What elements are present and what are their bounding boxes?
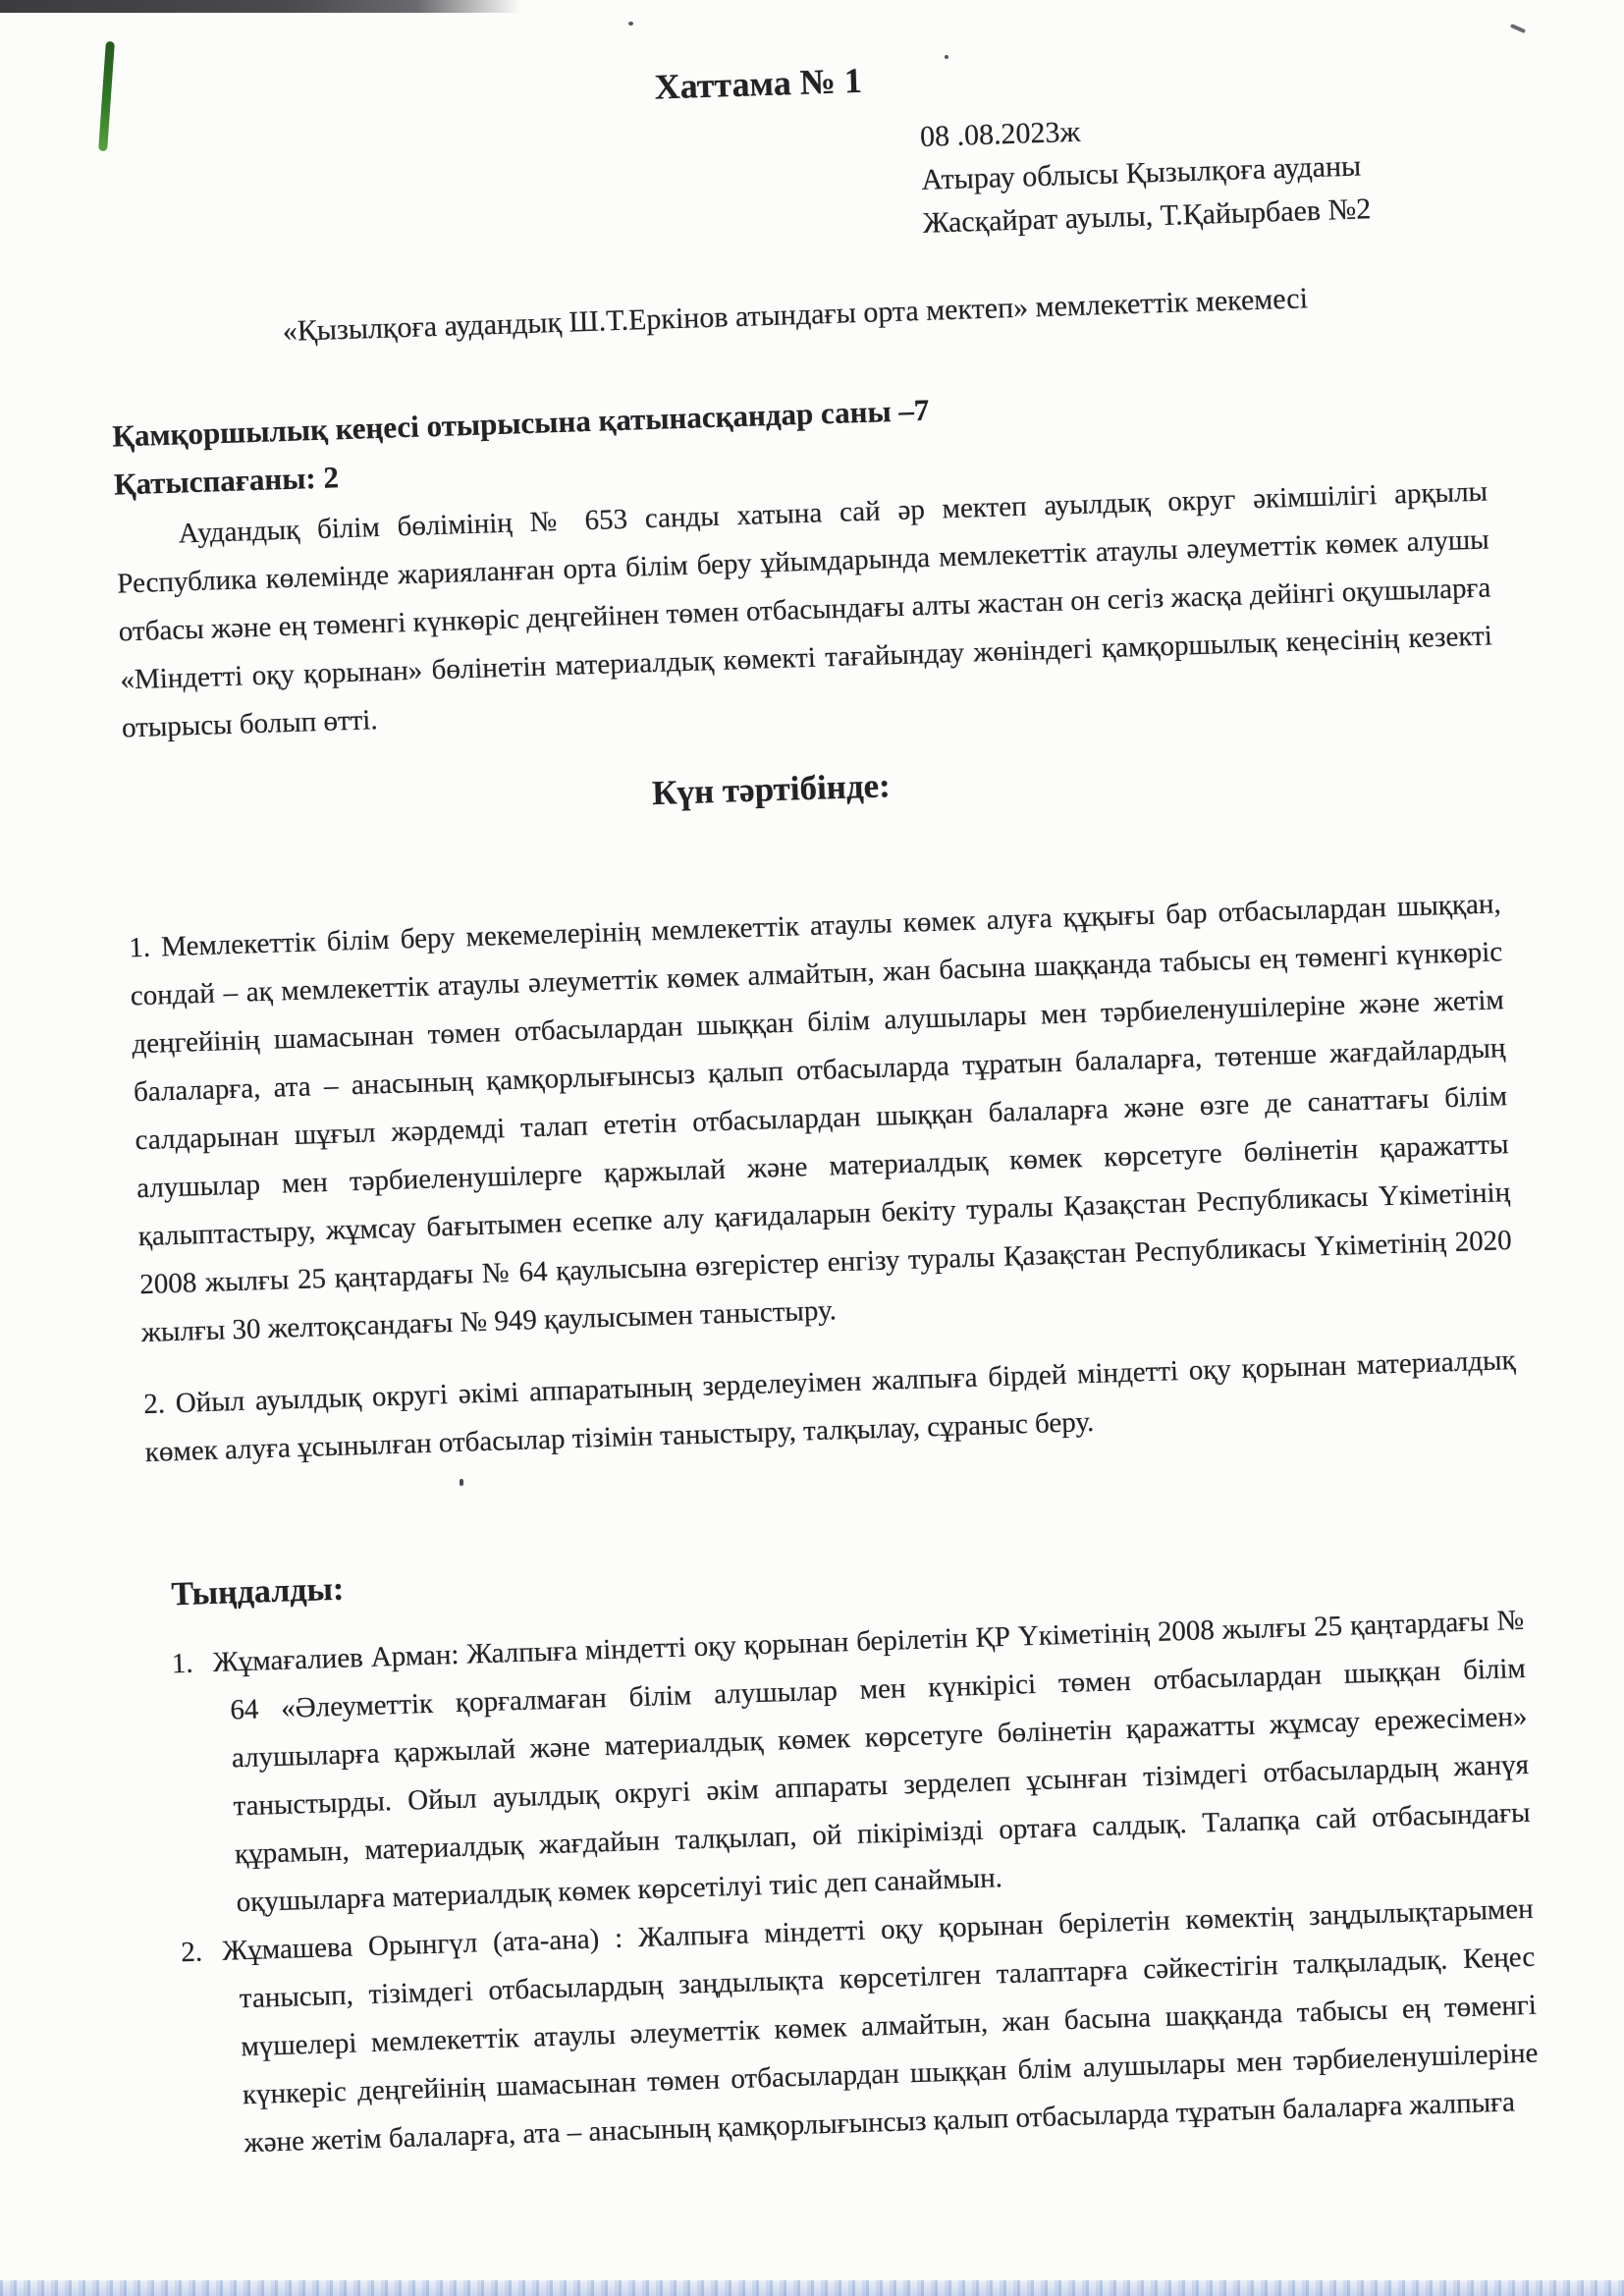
- scanner-edge-artifact-top: [0, 0, 520, 13]
- agenda-heading: Күн тәртібінде:: [124, 744, 1419, 835]
- list-item: 2.Жұмашева Орынгүл (ата-ана) : Жалпыға м…: [181, 1886, 1541, 2169]
- agenda-item: 2. Ойыл ауылдық округі әкімі аппаратының…: [143, 1337, 1518, 1477]
- ink-speck: [460, 1479, 463, 1486]
- ink-speck: [628, 22, 633, 26]
- scanner-edge-artifact-bottom: [0, 2280, 1624, 2296]
- scanned-document-page: Хаттама № 1 08 .08.2023ж Атырау облысы Қ…: [0, 0, 1624, 2296]
- list-item-number: 1.: [171, 1639, 214, 1688]
- list-item-number: 2.: [181, 1928, 224, 1977]
- ink-speck: [1070, 1253, 1073, 1256]
- agenda-item: 1. Мемлекеттік білім беру мекемелерінің …: [129, 880, 1515, 1357]
- header-corner-block: 08 .08.2023ж Атырау облысы Қызылқоға ауд…: [919, 98, 1473, 246]
- document-content: Хаттама № 1 08 .08.2023ж Атырау облысы Қ…: [0, 0, 1624, 2174]
- ink-speck: [945, 55, 948, 59]
- list-item-text: Жұмашева Орынгүл (ата-ана) : Жалпыға мін…: [222, 1893, 1539, 2159]
- list-item-text: Жұмағалиев Арман: Жалпыға міндетті оқу қ…: [212, 1605, 1531, 1918]
- intro-paragraph: Аудандық білім бөлімінің № 653 санды хат…: [115, 467, 1494, 752]
- heard-list: 1.Жұмағалиев Арман: Жалпыға міндетті оқу…: [171, 1597, 1541, 2169]
- list-item: 1.Жұмағалиев Арман: Жалпыға міндетті оқу…: [171, 1597, 1533, 1929]
- institution-line: «Қызылқоға аудандық Ш.Т.Еркінов атындағы…: [108, 269, 1482, 361]
